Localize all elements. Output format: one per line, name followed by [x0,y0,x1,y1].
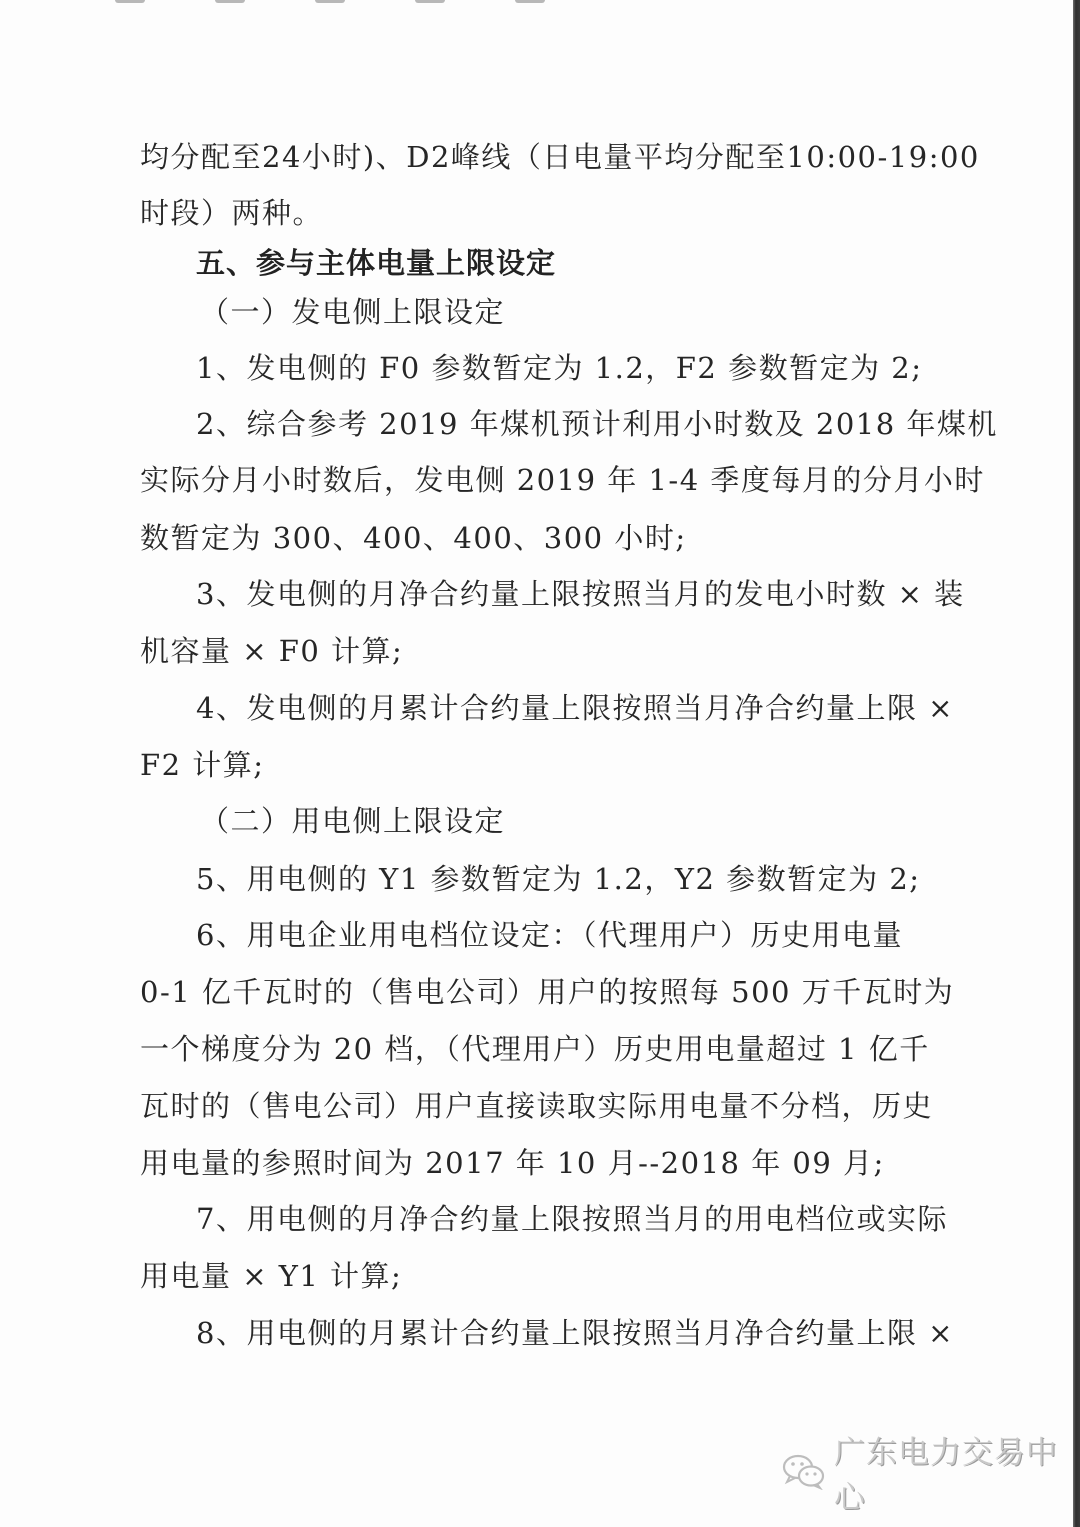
paragraph-line: 7、用电侧的月净合约量上限按照当月的用电档位或实际 [196,1202,956,1236]
paragraph-line: 5、用电侧的 Y1 参数暂定为 1.2，Y2 参数暂定为 2; [196,862,956,896]
paragraph-line: 时段）两种。 [140,196,900,230]
paragraph-line: 瓦时的（售电公司）用户直接读取实际用电量不分档，历史 [140,1089,900,1123]
wechat-icon [782,1454,826,1490]
paragraph-line: 2、综合参考 2019 年煤机预计利用小时数及 2018 年煤机 [196,407,956,441]
paragraph-line: 机容量 × F0 计算; [140,634,900,668]
scan-edge-border [1073,0,1080,1527]
paragraph-line: 实际分月小时数后，发电侧 2019 年 1-4 季度每月的分月小时 [140,463,900,497]
paragraph-line: 8、用电侧的月累计合约量上限按照当月净合约量上限 × [196,1316,956,1350]
paragraph-line: 用电量的参照时间为 2017 年 10 月--2018 年 09 月; [140,1146,900,1180]
document-page: 均分配至24小时)、D2峰线（日电量平均分配至10:00-19:00 时段）两种… [0,0,1073,1527]
paragraph-line: 数暂定为 300、400、400、300 小时; [140,521,900,555]
subsection-heading: （二）用电侧上限设定 [200,804,960,838]
paragraph-line: 均分配至24小时)、D2峰线（日电量平均分配至10:00-19:00 [140,140,900,174]
top-bleed-marks [115,0,775,5]
subsection-heading: （一）发电侧上限设定 [200,295,960,329]
paragraph-line: 用电量 × Y1 计算; [140,1259,900,1293]
watermark-text: 广东电力交易中心 [834,1427,1073,1517]
paragraph-line: 一个梯度分为 20 档，（代理用户）历史用电量超过 1 亿千 [140,1032,900,1066]
paragraph-line: 1、发电侧的 F0 参数暂定为 1.2，F2 参数暂定为 2; [196,351,956,385]
paragraph-line: F2 计算; [140,748,900,782]
paragraph-line: 0-1 亿千瓦时的（售电公司）用户的按照每 500 万千瓦时为 [140,975,900,1009]
wechat-watermark: 广东电力交易中心 [782,1452,1073,1492]
section-heading: 五、参与主体电量上限设定 [196,246,956,280]
paragraph-line: 6、用电企业用电档位设定：（代理用户）历史用电量 [196,918,956,952]
paragraph-line: 3、发电侧的月净合约量上限按照当月的发电小时数 × 装 [196,577,956,611]
paragraph-line: 4、发电侧的月累计合约量上限按照当月净合约量上限 × [196,691,956,725]
